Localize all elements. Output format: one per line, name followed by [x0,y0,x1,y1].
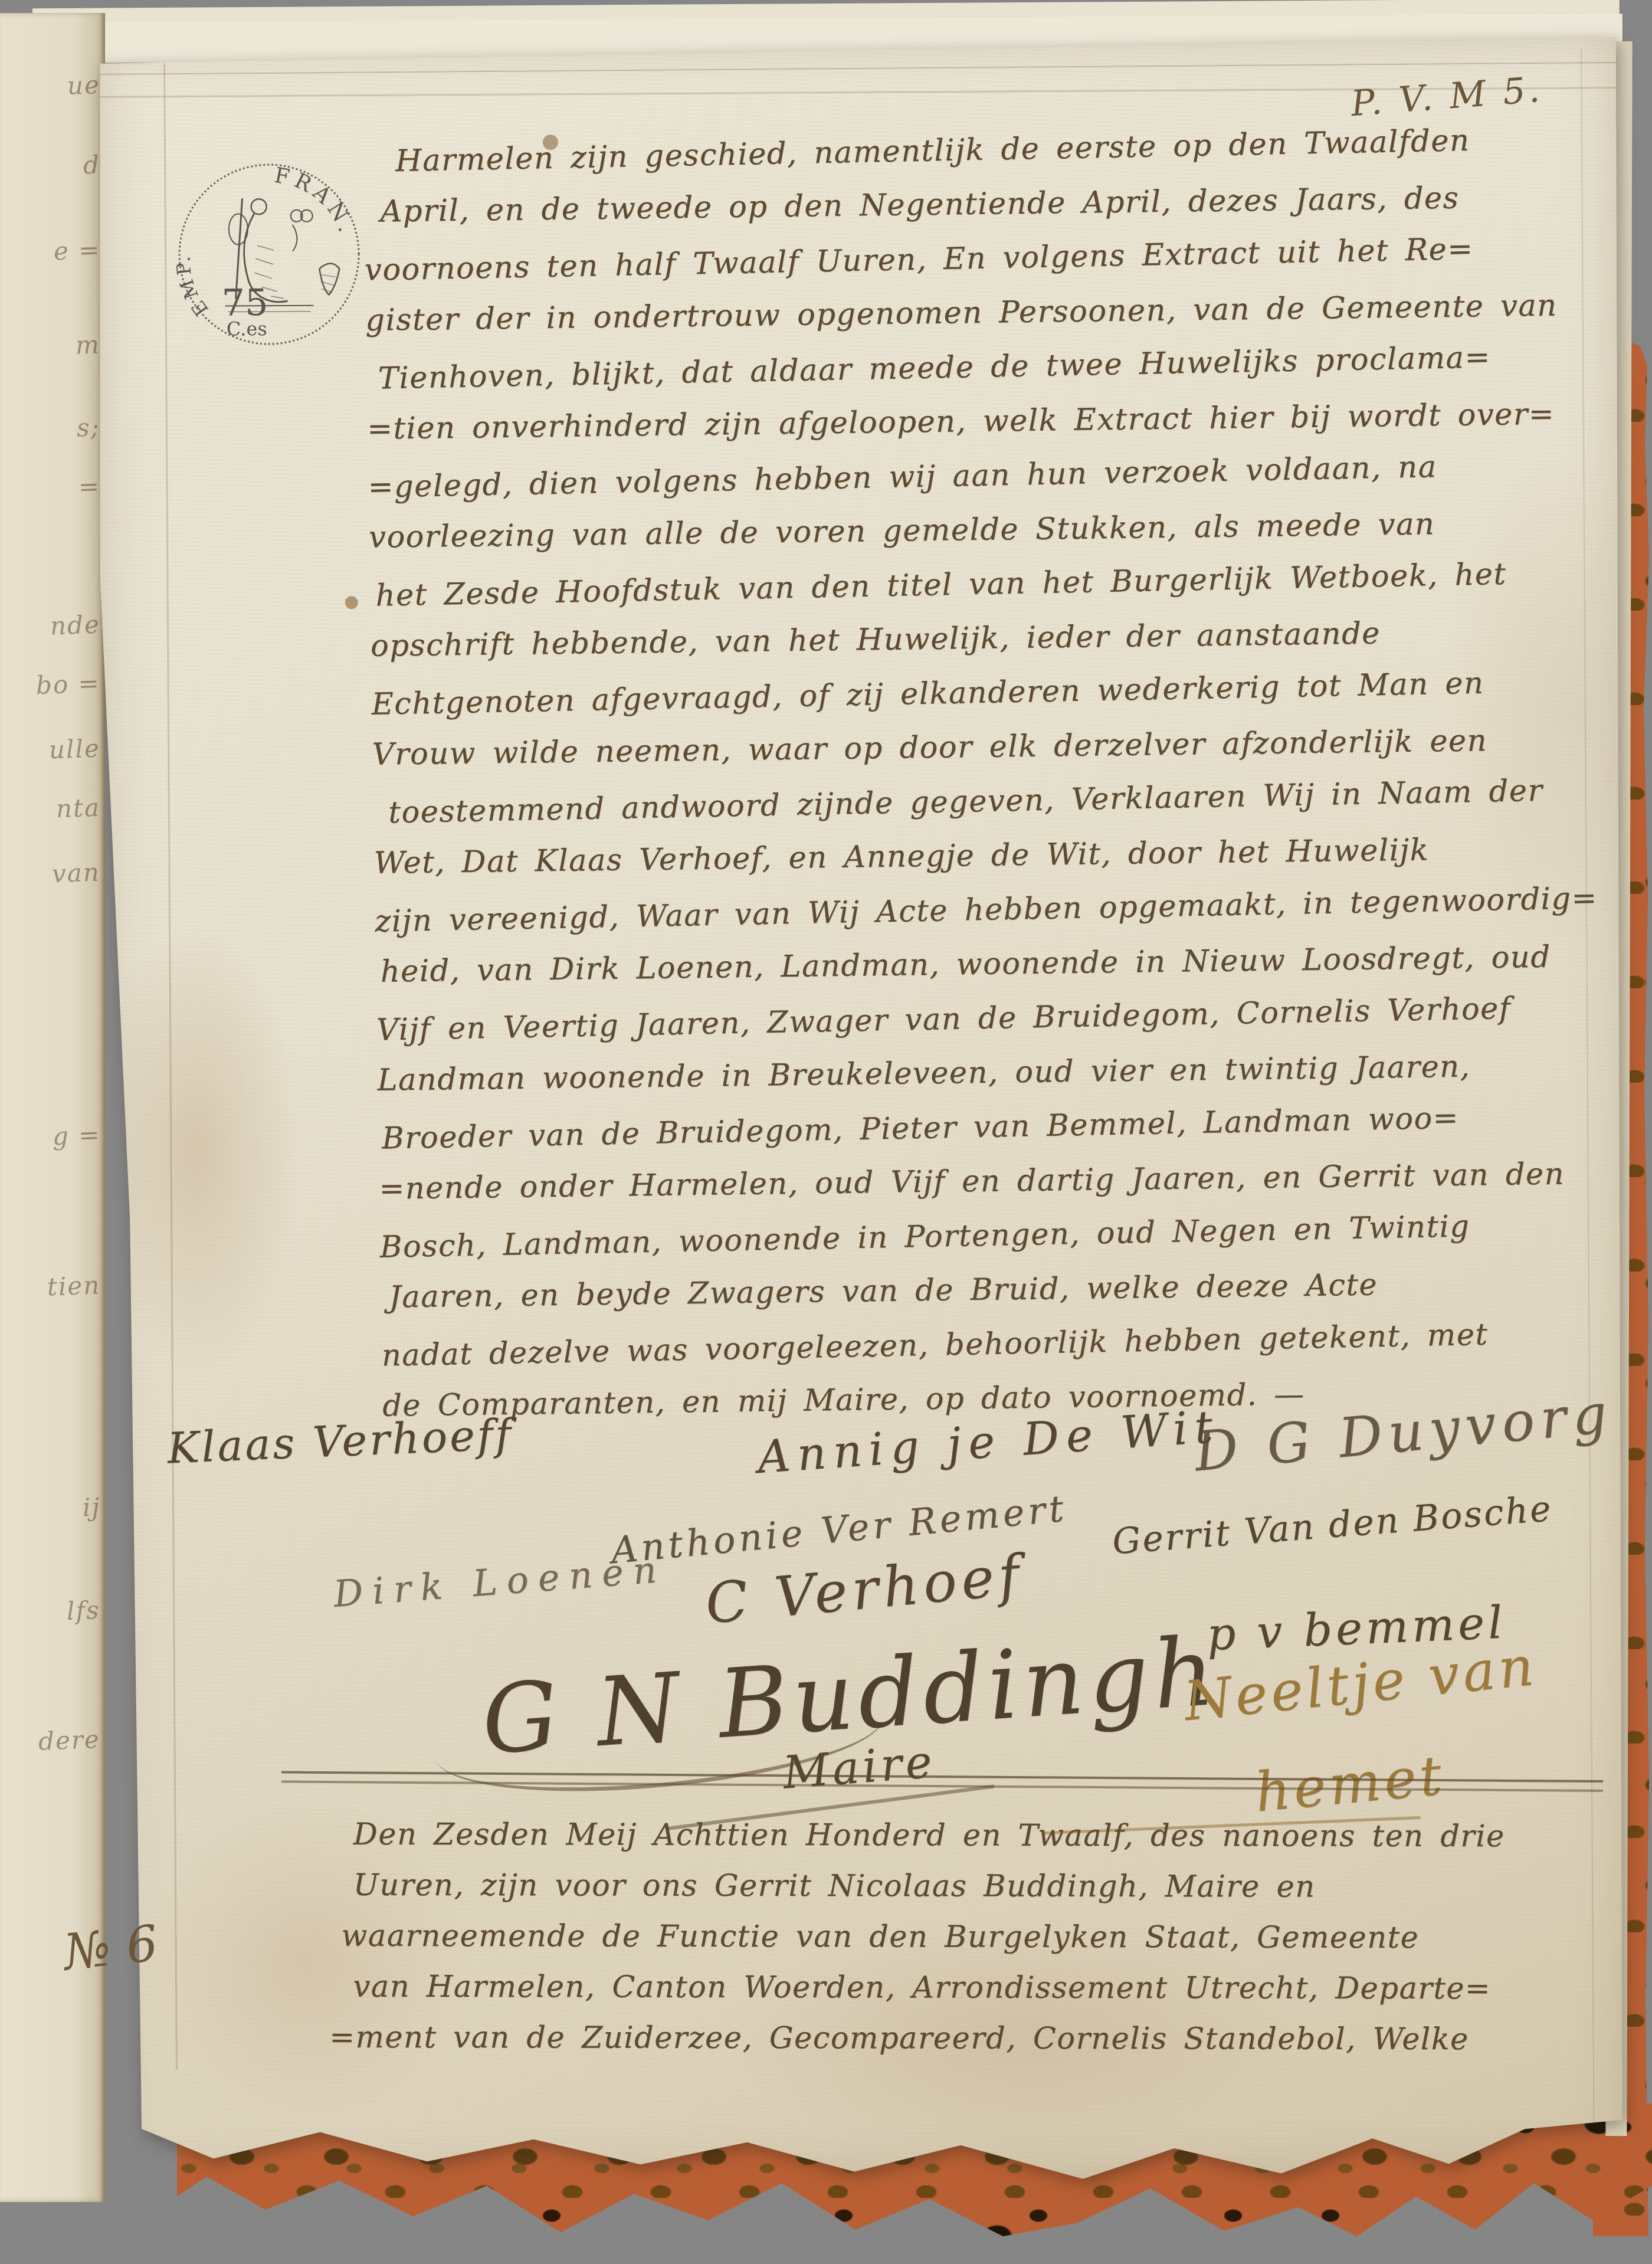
signature-gerrit-van-den-bosche: Gerrit Van den Bosche [1111,1488,1554,1563]
bleedthrough-fragment: g = [52,1120,101,1151]
ink-spot [345,596,358,609]
scanned-document: ue d e = m s; = nde bo = ulle nta van g … [0,0,1652,2264]
marriage-act-text: Harmelen zijn geschied, namentlijk de ee… [362,113,1615,1436]
act-line: waarneemende de Functie van den Burgelyk… [342,1911,1640,1964]
act-line: Uuren, zijn voor ons Gerrit Nicolaas Bud… [353,1860,1640,1914]
act-line: =ment van de Zuiderzee, Gecompareerd, Co… [329,2013,1639,2066]
bleedthrough-fragment: nta [55,793,101,824]
bleedthrough-fragment: lfs [67,1595,101,1626]
bleedthrough-fragment: nde [50,610,100,641]
bleedthrough-fragment: van [51,858,100,889]
bleedthrough-fragment: d [83,150,101,180]
margin-act-number: № 6 [61,1914,160,1981]
act-line: Den Zesden Meij Achttien Honderd en Twaa… [353,1810,1640,1863]
paper-crease [94,62,1619,75]
stamp-text-fran: FRAN. [273,163,360,240]
bleedthrough-fragment: bo = [35,669,100,700]
bleedthrough-fragment: tien [47,1270,101,1301]
document-page: FRAN. EMP. 75 C.es [94,31,1632,2185]
previous-page-edge: ue d e = m s; = nde bo = ulle nta van g … [0,13,105,2202]
document-page-wrap: FRAN. EMP. 75 C.es [100,35,1625,2180]
bleedthrough-fragment: ue [67,70,101,100]
paper-stain [87,924,303,1374]
revenue-stamp-icon: FRAN. EMP. 75 C.es [171,156,367,352]
svg-text:EMP.: EMP. [172,252,213,321]
bleedthrough-fragment: ij [82,1492,101,1522]
bleedthrough-fragment: e = [53,235,101,266]
act-line: van Harmelen, Canton Woerden, Arrondisse… [353,1962,1639,2015]
second-act-text: Den Zesden Meij Achttien Honderd en Twaa… [353,1810,1640,2066]
stamp-denomination-unit: C.es [227,317,267,340]
signature-dirk-loenen: Dirk Loenen [332,1547,667,1616]
signature-klaas-verhoeff: Klaas Verhoeff [166,1409,514,1473]
bleedthrough-fragment: dere [38,1725,100,1756]
bleedthrough-fragment: m [75,330,101,359]
bleedthrough-fragment: = [78,471,101,501]
stamp-text-emp: EMP. [172,252,213,321]
bleedthrough-fragment: ulle [48,734,100,765]
bleedthrough-fragment: s; [76,412,100,442]
svg-text:FRAN.: FRAN. [273,163,360,240]
